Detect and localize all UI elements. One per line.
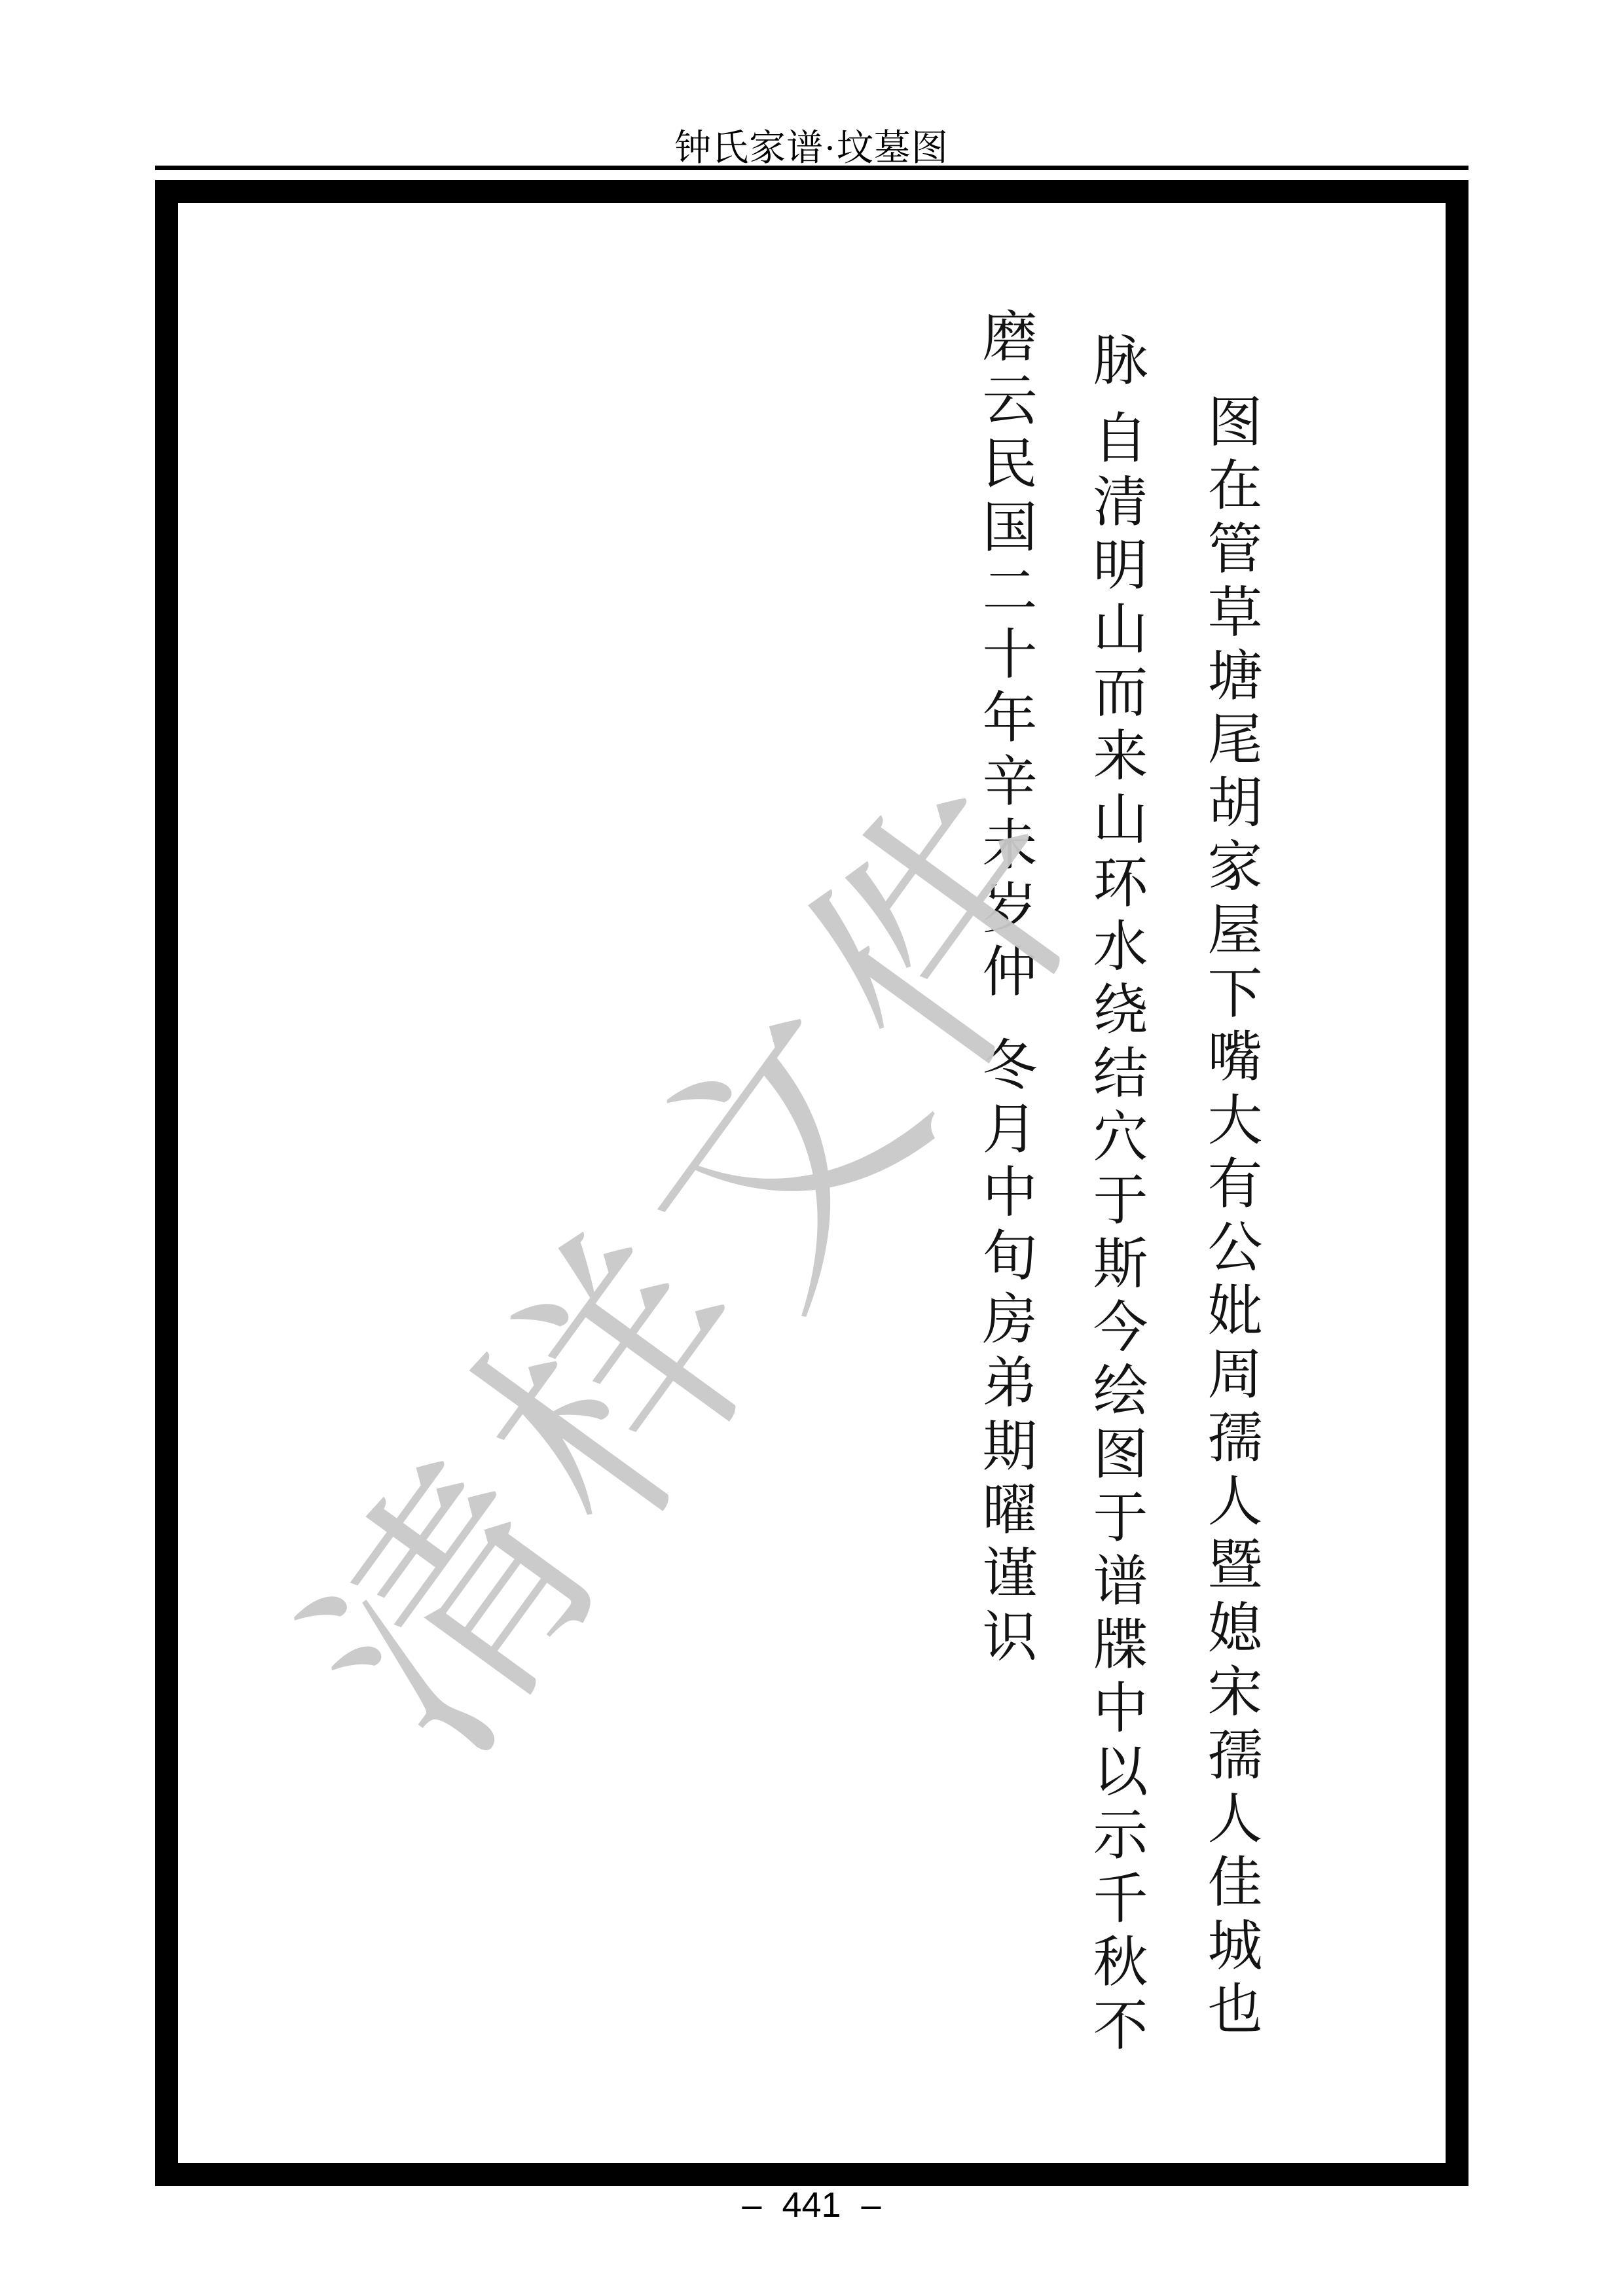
text-column-1: 图在管草塘尾胡家屋下嘴大有公妣周孺人暨媳宋孺人佳城也 [1202,393,1257,2043]
column-segment: 磨云民国二十年辛未岁仲 [974,308,1035,1006]
text-column-3: 磨云民国二十年辛未岁仲冬月中旬房弟期曜谨识 [977,308,1032,1671]
column-segment: 脉 [1085,331,1146,395]
text-column-2: 脉自清明山而来山环水绕结穴于斯今绘图于谱牒中以示千秋不 [1087,331,1142,2060]
column-segment: 自清明山而来山环水绕结穴于斯今绘图于谱牒中以示千秋不 [1085,409,1146,2060]
segment-gap [1004,1006,1005,1036]
header-rule [155,166,1468,170]
column-segment: 图在管草塘尾胡家屋下嘴大有公妣周孺人暨媳宋孺人佳城也 [1199,393,1260,2043]
column-segment: 冬月中旬房弟期曜谨识 [974,1036,1035,1671]
page-number: – 441 – [0,2186,1623,2224]
page-frame [155,180,1468,2186]
genealogy-page: { "document": { "header": { "title": "钟氏… [0,0,1623,2296]
segment-gap [1115,395,1116,409]
page-header-title: 钟氏家谱·坟墓图 [0,130,1623,168]
